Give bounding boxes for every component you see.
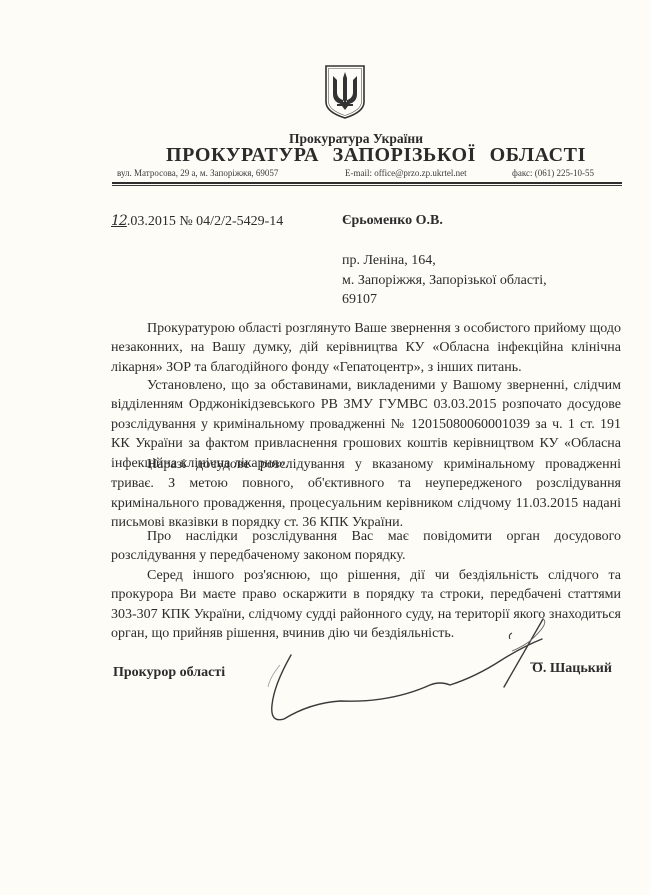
office-fax: факс: (061) 225-10-55 <box>512 168 594 178</box>
body-paragraph: Наразі досудове розслідування у вказаном… <box>111 455 621 533</box>
office-address: вул. Матросова, 29 а, м. Запоріжжя, 6905… <box>117 168 278 178</box>
address-line: пр. Леніна, 164, <box>342 251 547 271</box>
signatory-name: О. Шацький <box>532 661 612 677</box>
reference-line: 12.03.2015 № 04/2/2-5429-14 <box>111 213 283 230</box>
address-line: 69107 <box>342 290 547 310</box>
body-paragraph: Прокуратурою області розглянуто Ваше зве… <box>111 319 621 377</box>
handwritten-signature <box>260 615 550 730</box>
letterhead-divider-thin <box>112 185 622 186</box>
reference-number: .03.2015 № 04/2/2-5429-14 <box>127 214 283 229</box>
reference-day: 12 <box>111 213 127 229</box>
body-paragraph: Про наслідки розслідування Вас має повід… <box>111 527 621 566</box>
ukraine-trident-icon <box>323 64 367 120</box>
office-name: ПРОКУРАТУРА ЗАПОРІЗЬКОЇ ОБЛАСТІ <box>166 144 586 167</box>
signatory-title: Прокурор області <box>113 665 225 681</box>
office-email: E-mail: office@przo.zp.ukrtel.net <box>345 168 467 178</box>
recipient-address: пр. Леніна, 164, м. Запоріжжя, Запорізьк… <box>342 251 547 310</box>
letterhead-divider <box>112 182 622 184</box>
address-line: м. Запоріжжя, Запорізької області, <box>342 271 547 291</box>
recipient-name: Єрьоменко О.В. <box>342 213 443 229</box>
letter-page: Прокуратура України ПРОКУРАТУРА ЗАПОРІЗЬ… <box>0 0 650 895</box>
